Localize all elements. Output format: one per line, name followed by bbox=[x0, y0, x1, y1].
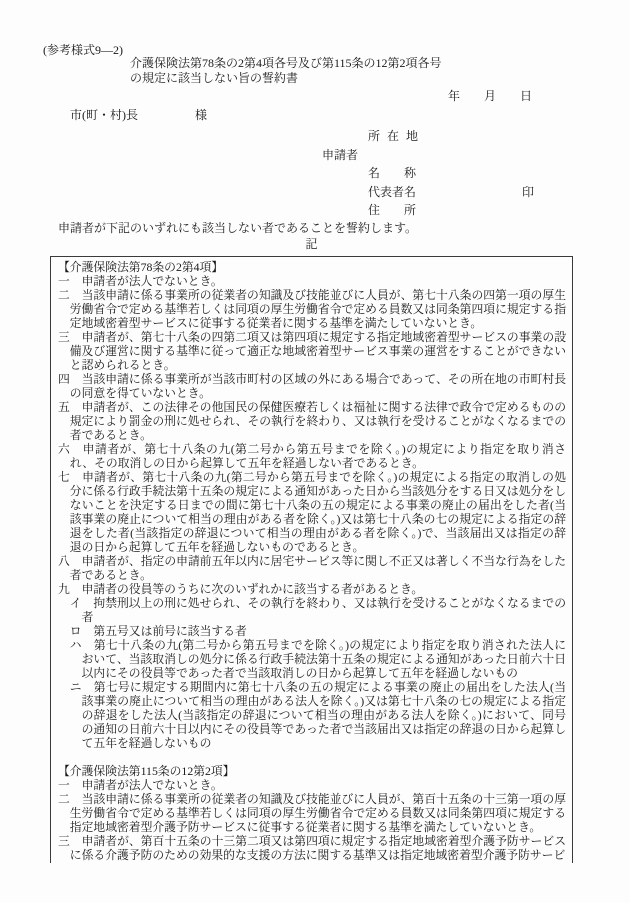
pledge-statement: 申請者が下記のいずれにも該当しない者であることを誓約します。 bbox=[58, 219, 417, 236]
document-title-line2: の規定に該当しない旨の誓約書 bbox=[130, 71, 442, 86]
law-section: 【介護保険法第78条の2第4項】一 申請者が法人でないとき。二 当該申請に係る事… bbox=[58, 260, 566, 750]
law-item: 九 申請者の役員等のうちに次のいずれかに該当する者があるとき。 bbox=[58, 582, 566, 596]
law-section-heading: 【介護保険法第78条の2第4項】 bbox=[58, 260, 566, 274]
document-page: (参考様式9—2) 介護保険法第78条の2第4項各号及び第115条の12第2項各… bbox=[0, 0, 630, 903]
representative-name-label: 代表者名 bbox=[368, 183, 416, 200]
law-item: ロ 第五号又は前号に該当する者 bbox=[70, 624, 566, 638]
law-item: 一 申請者が法人でないとき。 bbox=[58, 778, 566, 792]
applicant-location-label: 所 在 地 bbox=[368, 127, 420, 144]
date-line: 年 月 日 bbox=[448, 87, 532, 104]
law-item: 五 申請者が、この法律その他国民の保健医療若しくは福祉に関する法律で政令で定める… bbox=[58, 400, 566, 442]
seal-mark: 印 bbox=[522, 183, 534, 200]
list-marker: 記 bbox=[50, 235, 573, 252]
law-item: ハ 第七十八条の九(第二号から第五号までを除く。)の規定により指定を取り消された… bbox=[70, 638, 566, 680]
law-item: ニ 第七号に規定する期間内に第七十八条の五の規定による事業の廃止の届出をした法人… bbox=[70, 680, 566, 750]
addressee-title: 市(町・村)長 bbox=[70, 106, 138, 123]
law-section: 【介護保険法第115条の12第2項】一 申請者が法人でないとき。二 当該申請に係… bbox=[58, 764, 566, 862]
law-item: 二 当該申請に係る事業所の従業者の知識及び技能並びに人員が、第百十五条の十三第一… bbox=[58, 792, 566, 834]
law-item: 二 当該申請に係る事業所の従業者の知識及び技能並びに人員が、第七十八条の四第一項… bbox=[58, 288, 566, 330]
addressee-honorific: 様 bbox=[195, 106, 207, 123]
form-reference: (参考様式9—2) bbox=[43, 41, 123, 58]
document-title-line1: 介護保険法第78条の2第4項各号及び第115条の12第2項各号 bbox=[130, 56, 442, 71]
applicant-label: 申請者 bbox=[322, 146, 358, 163]
law-item: 四 当該申請に係る事業所が当該市町村の区域の外にある場合であって、その所在地の市… bbox=[58, 372, 566, 400]
law-item: 三 申請者が、第七十八条の四第二項又は第四項に規定する指定地域密着型サービスの事… bbox=[58, 330, 566, 372]
law-section-heading: 【介護保険法第115条の12第2項】 bbox=[58, 764, 566, 778]
law-item: 六 申請者が、第七十八条の九(第二号から第五号までを除く。)の規定により指定を取… bbox=[58, 442, 566, 470]
law-provisions-box: 【介護保険法第78条の2第4項】一 申請者が法人でないとき。二 当該申請に係る事… bbox=[50, 256, 573, 863]
applicant-name-label: 名 称 bbox=[368, 164, 416, 181]
document-title: 介護保険法第78条の2第4項各号及び第115条の12第2項各号 の規定に該当しな… bbox=[130, 56, 442, 85]
law-item: 八 申請者が、指定の申請前五年以内に居宅サービス等に関し不正又は著しく不当な行為… bbox=[58, 554, 566, 582]
applicant-address-label: 住 所 bbox=[368, 201, 416, 218]
law-item: イ 拘禁刑以上の刑に処せられ、その執行を終わり、又は執行を受けることがなくなるま… bbox=[70, 596, 566, 624]
law-item: 三 申請者が、第百十五条の十三第二項又は第四項に規定する指定地域密着型介護予防サ… bbox=[58, 834, 566, 862]
law-item: 一 申請者が法人でないとき。 bbox=[58, 274, 566, 288]
law-item: 七 申請者が、第七十八条の九(第二号から第五号までを除く。)の規定による指定の取… bbox=[58, 470, 566, 554]
